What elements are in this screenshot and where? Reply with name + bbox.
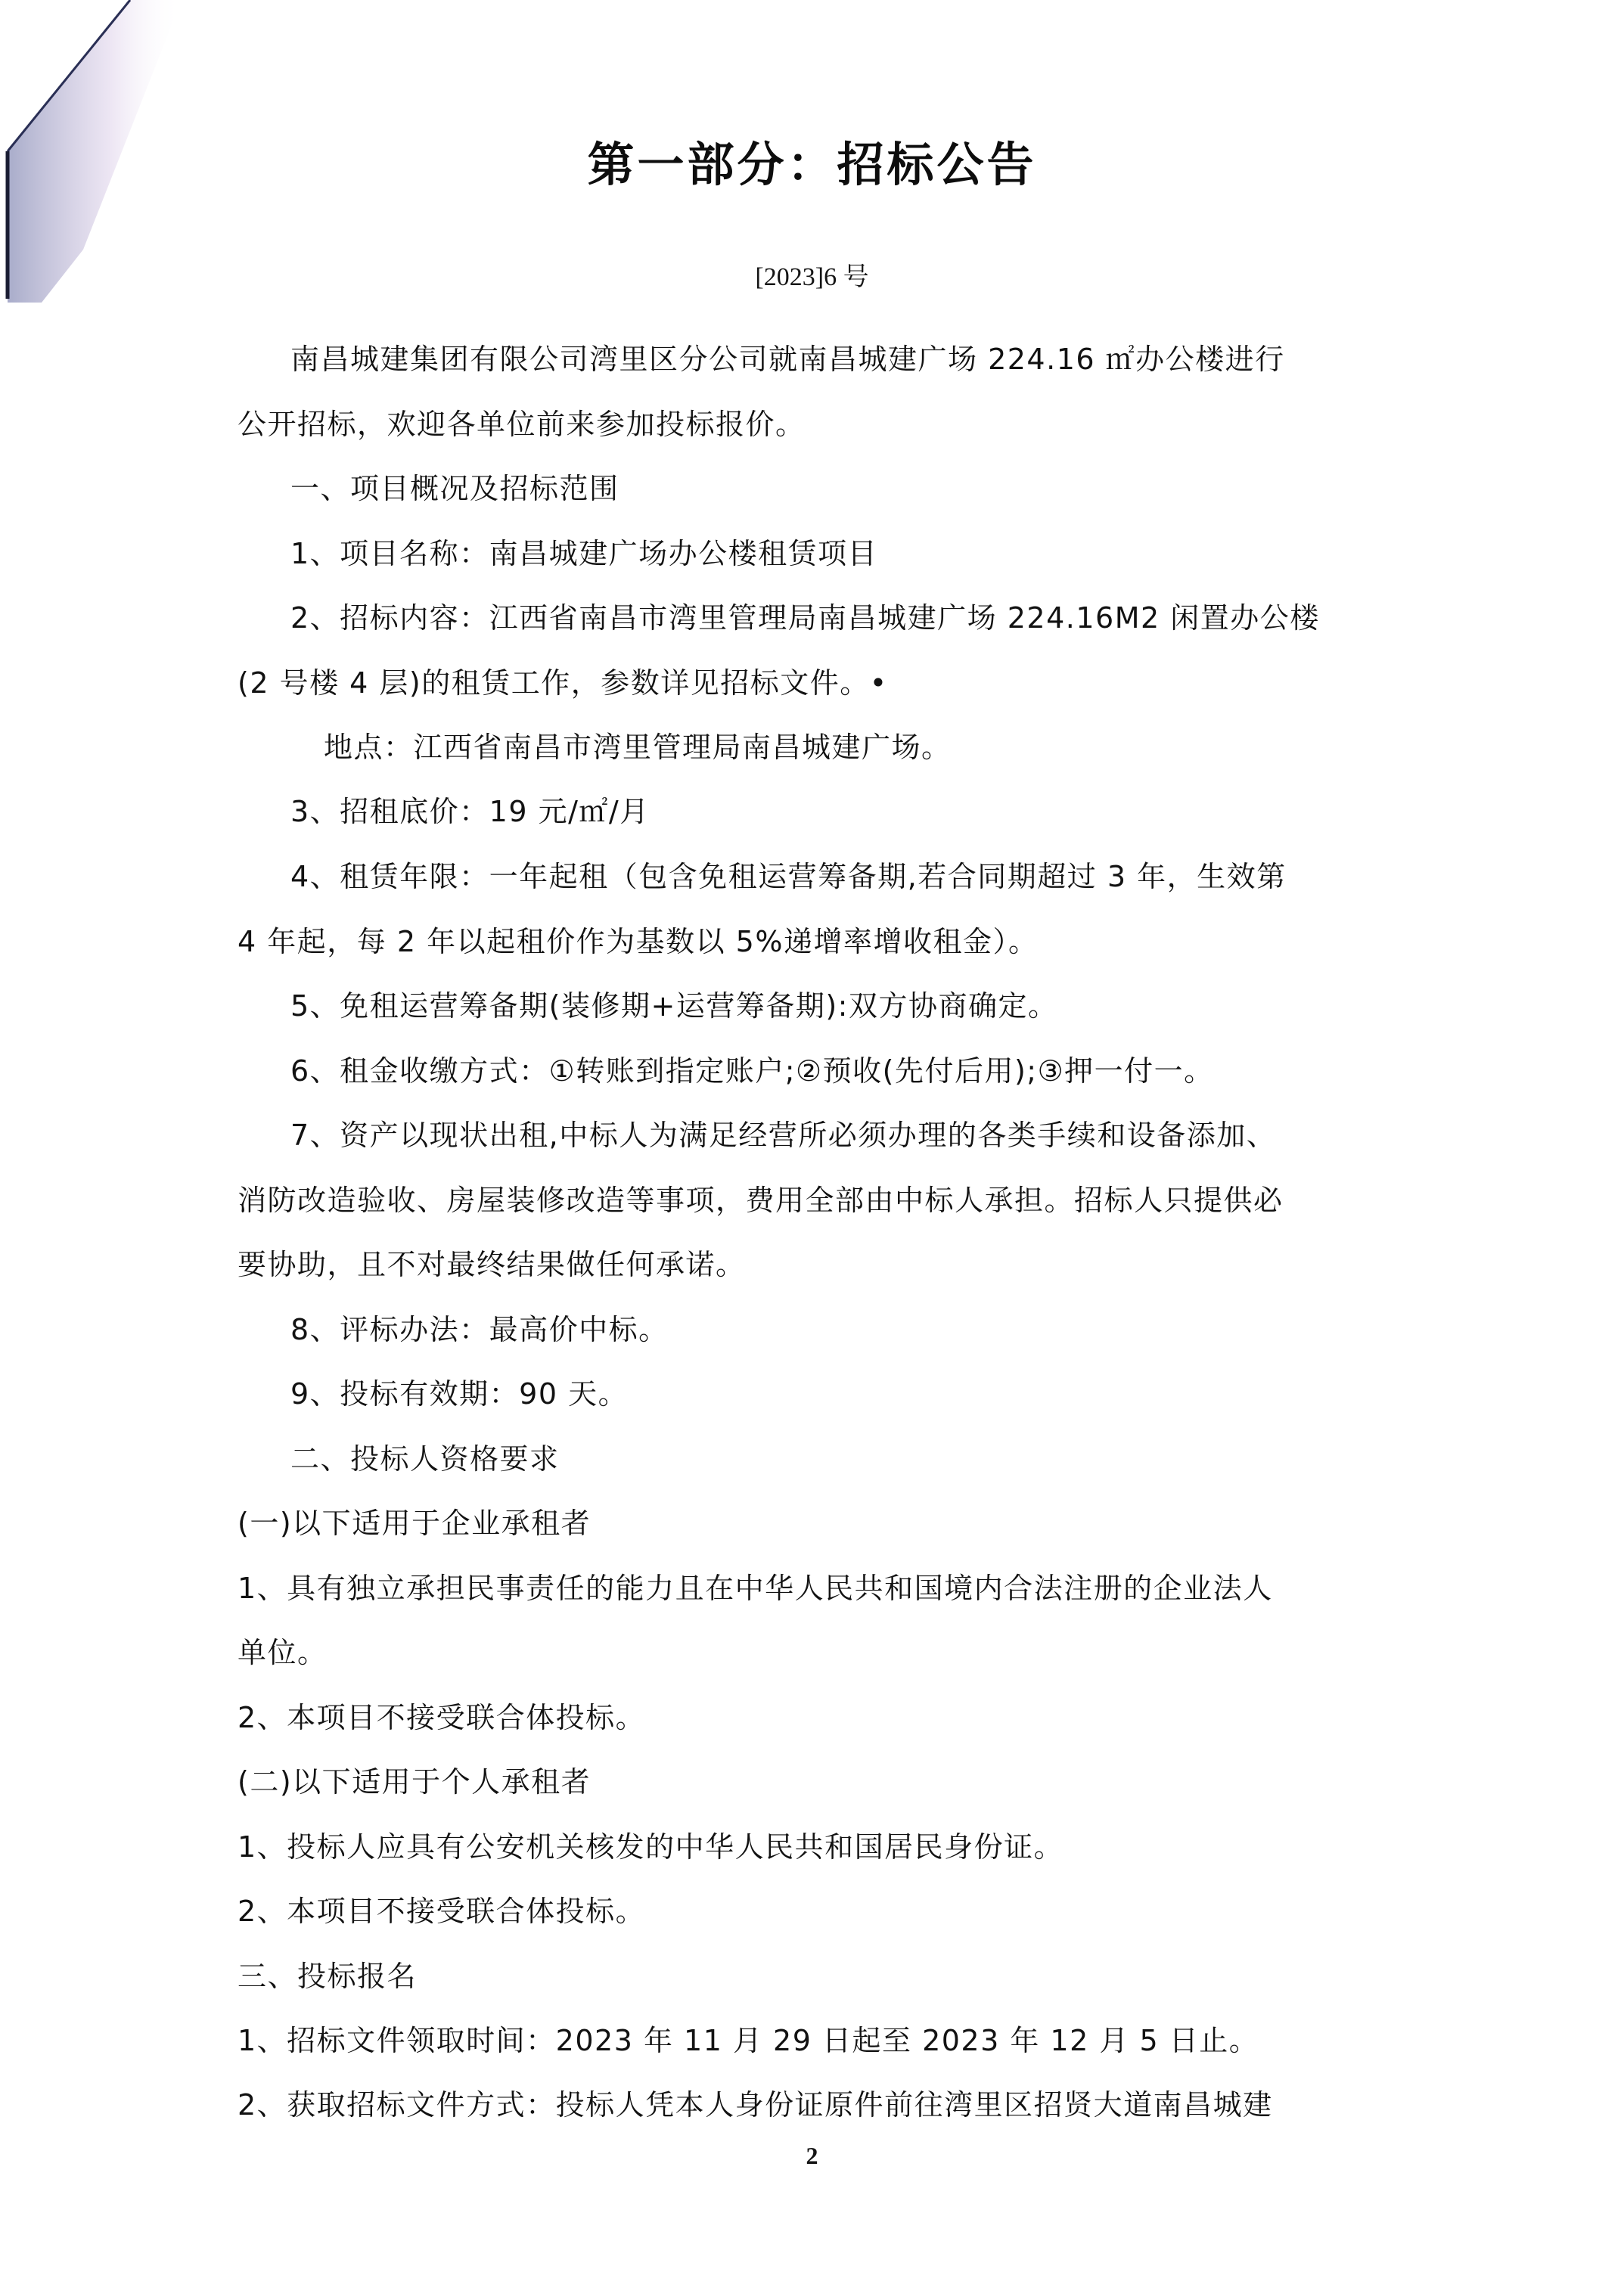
list-item: 4 年起，每 2 年以起租价作为基数以 5%递增率增收租金）。 — [238, 924, 1038, 959]
page-title: 第一部分：招标公告 — [0, 127, 1624, 194]
list-item: 单位。 — [238, 1635, 328, 1670]
list-item: 2、本项目不接受联合体投标。 — [238, 1700, 645, 1735]
list-item: 6、租金收缴方式：①转账到指定账户;②预收(先付后用);③押一付一。 — [290, 1054, 1214, 1088]
list-item: 8、评标办法：最高价中标。 — [290, 1312, 669, 1347]
list-item: 2、获取招标文件方式：投标人凭本人身份证原件前往湾里区招贤大道南昌城建 — [238, 2087, 1273, 2122]
subsection-heading-individual: (二)以下适用于个人承租者 — [238, 1765, 591, 1799]
list-item: 要协助，且不对最终结果做任何承诺。 — [238, 1247, 746, 1282]
section-heading-1: 一、项目概况及招标范围 — [290, 471, 619, 506]
list-item: 2、招标内容：江西省南昌市湾里管理局南昌城建广场 224.16M2 闲置办公楼 — [290, 601, 1320, 635]
document-number: [2023]6 号 — [0, 256, 1624, 293]
list-item: 1、具有独立承担民事责任的能力且在中华人民共和国境内合法注册的企业法人 — [238, 1571, 1273, 1606]
list-item: 7、资产以现状出租,中标人为满足经营所必须办理的各类手续和设备添加、 — [290, 1118, 1276, 1153]
list-item: 3、招租底价：19 元/㎡/月 — [290, 794, 650, 829]
list-item: 4、租赁年限：一年起租（包含免租运营筹备期,若合同期超过 3 年，生效第 — [290, 859, 1287, 894]
page-number: 2 — [0, 2142, 1624, 2170]
document-page: 第一部分：招标公告 [2023]6 号 南昌城建集团有限公司湾里区分公司就南昌城… — [0, 0, 1624, 2269]
intro-line-2: 公开招标，欢迎各单位前来参加投标报价。 — [238, 407, 806, 442]
list-item: 消防改造验收、房屋装修改造等事项，费用全部由中标人承担。招标人只提供必 — [238, 1183, 1284, 1218]
list-item: 9、投标有效期：90 天。 — [290, 1377, 628, 1411]
section-heading-3: 三、投标报名 — [238, 1959, 417, 1994]
list-item: 5、免租运营筹备期(装修期+运营筹备期):双方协商确定。 — [290, 989, 1057, 1023]
list-item: 1、投标人应具有公安机关核发的中华人民共和国居民身份证。 — [238, 1830, 1064, 1864]
list-item: 1、招标文件领取时间：2023 年 11 月 29 日起至 2023 年 12 … — [238, 2023, 1259, 2058]
section-heading-2: 二、投标人资格要求 — [290, 1442, 560, 1476]
list-item: 2、本项目不接受联合体投标。 — [238, 1894, 645, 1929]
list-item: (2 号楼 4 层)的租赁工作，参数详见招标文件。• — [238, 666, 888, 700]
list-item: 1、项目名称：南昌城建广场办公楼租赁项目 — [290, 536, 877, 571]
subsection-heading-enterprise: (一)以下适用于企业承租者 — [238, 1506, 591, 1541]
list-item: 地点：江西省南昌市湾里管理局南昌城建广场。 — [324, 730, 952, 765]
intro-line-1: 南昌城建集团有限公司湾里区分公司就南昌城建广场 224.16 ㎡办公楼进行 — [290, 342, 1285, 377]
